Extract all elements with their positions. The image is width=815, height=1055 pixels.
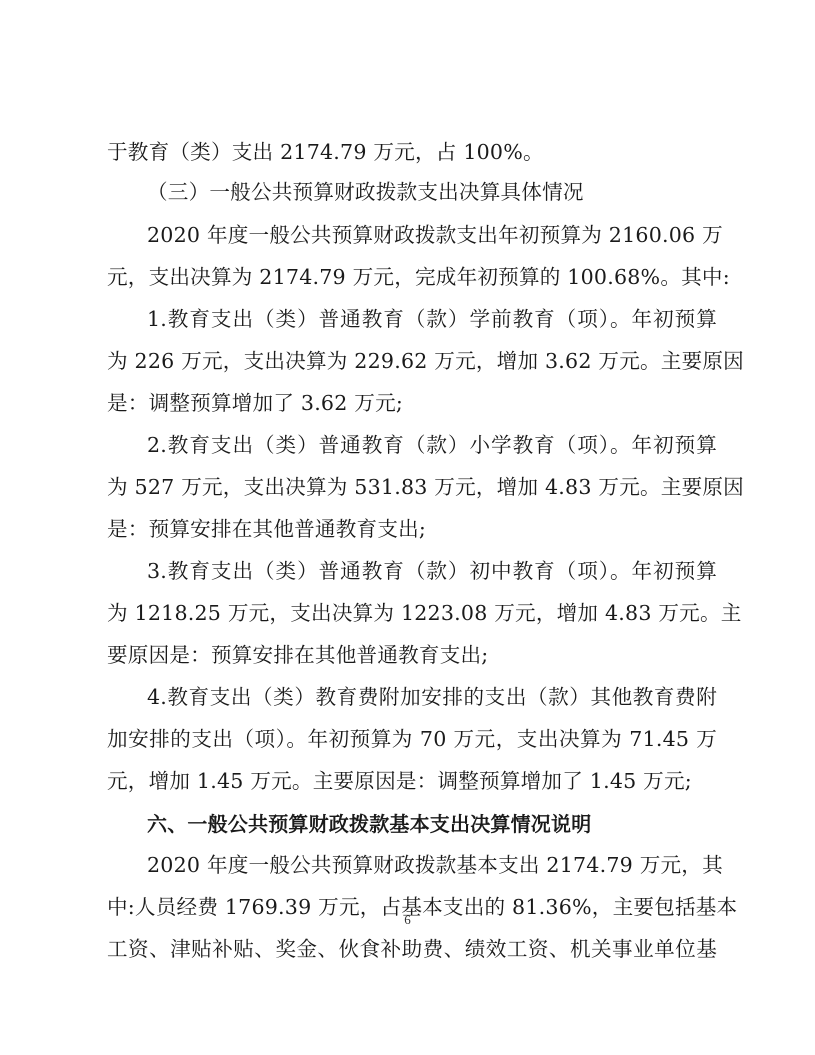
- text-line: 为 527 万元，支出决算为 531.83 万元，增加 4.83 万元。主要原因: [107, 472, 717, 502]
- text-line: 2.教育支出（类）普通教育（款）小学教育（项）。年初预算: [147, 430, 717, 460]
- text-line: 3.教育支出（类）普通教育（款）初中教育（项）。年初预算: [147, 556, 717, 586]
- text-line: 元，增加 1.45 万元。主要原因是：调整预算增加了 1.45 万元;: [107, 766, 717, 796]
- page-number: 6: [0, 912, 815, 928]
- text-line: 是：预算安排在其他普通教育支出;: [107, 514, 717, 544]
- text-line: 为 226 万元，支出决算为 229.62 万元，增加 3.62 万元。主要原因: [107, 346, 717, 376]
- text-line: 是：调整预算增加了 3.62 万元;: [107, 388, 717, 418]
- section-heading: 六、一般公共预算财政拨款基本支出决算情况说明: [147, 809, 717, 839]
- document-page: 于教育（类）支出 2174.79 万元，占 100%。（三）一般公共预算财政拨款…: [0, 0, 815, 1055]
- text-line: 为 1218.25 万元，支出决算为 1223.08 万元，增加 4.83 万元…: [107, 598, 717, 628]
- text-line: 工资、津贴补贴、奖金、伙食补助费、绩效工资、机关事业单位基: [107, 934, 717, 964]
- text-line: 4.教育支出（类）教育费附加安排的支出（款）其他教育费附: [147, 682, 717, 712]
- text-line: 加安排的支出（项）。年初预算为 70 万元，支出决算为 71.45 万: [107, 724, 717, 754]
- text-line: 于教育（类）支出 2174.79 万元，占 100%。: [107, 137, 717, 167]
- text-line: 1.教育支出（类）普通教育（款）学前教育（项）。年初预算: [147, 304, 717, 334]
- text-line: 2020 年度一般公共预算财政拨款基本支出 2174.79 万元，其: [147, 850, 717, 880]
- text-line: 2020 年度一般公共预算财政拨款支出年初预算为 2160.06 万: [147, 220, 717, 250]
- text-line: 要原因是：预算安排在其他普通教育支出;: [107, 640, 717, 670]
- text-line: 元，支出决算为 2174.79 万元，完成年初预算的 100.68%。其中:: [107, 262, 717, 292]
- text-line: （三）一般公共预算财政拨款支出决算具体情况: [147, 177, 717, 207]
